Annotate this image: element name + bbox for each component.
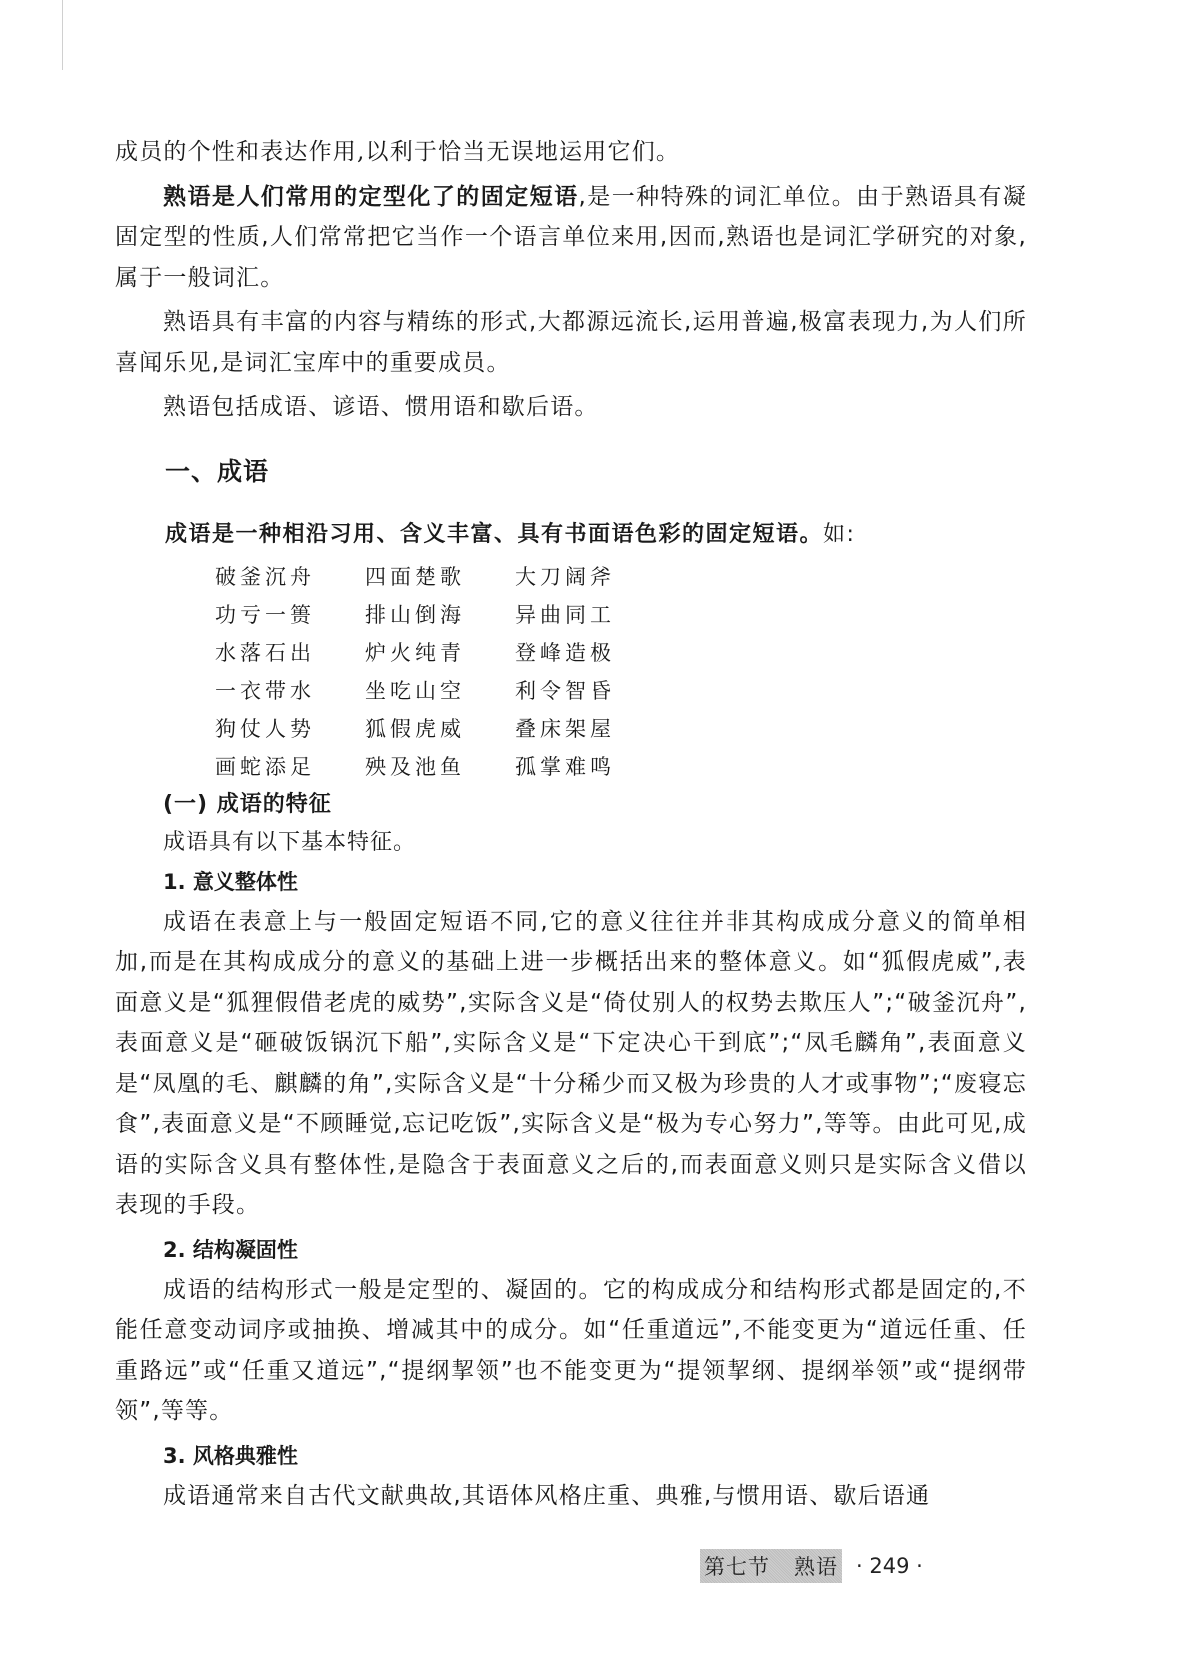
idiom: 异曲同工 — [515, 596, 665, 634]
idiom: 水落石出 — [215, 634, 365, 672]
idiom: 登峰造极 — [515, 634, 665, 672]
subsection-title: (一) 成语的特征 — [163, 786, 1027, 824]
page-footer: 第七节熟语 · 249 · — [700, 1551, 923, 1581]
feature-body-3: 成语通常来自古代文献典故,其语体风格庄重、典雅,与惯用语、歇后语通 — [115, 1476, 1027, 1517]
section-label: 第七节 — [704, 1555, 770, 1579]
idiom: 孤掌难鸣 — [515, 748, 665, 786]
chengyu-definition-rest: 如: — [823, 522, 855, 547]
chengyu-definition: 成语是一种相沿习用、含义丰富、具有书面语色彩的固定短语。如: — [165, 516, 1027, 554]
page-content: 成员的个性和表达作用,以利于恰当无误地运用它们。 熟语是人们常用的定型化了的固定… — [115, 132, 1027, 1516]
chengyu-definition-bold: 成语是一种相沿习用、含义丰富、具有书面语色彩的固定短语。 — [165, 522, 823, 547]
idiom: 叠床架屋 — [515, 710, 665, 748]
feature-heading-2: 2. 结构凝固性 — [163, 1230, 1027, 1270]
chapter-label: 第七节熟语 — [700, 1549, 842, 1583]
feature-body-1: 成语在表意上与一般固定短语不同,它的意义往往并非其构成成分意义的简单相加,而是在… — [115, 902, 1027, 1226]
idiom: 功亏一篑 — [215, 596, 365, 634]
feature-heading-1: 1. 意义整体性 — [163, 862, 1027, 902]
idiom: 殃及池鱼 — [365, 748, 515, 786]
page-number: · 249 · — [856, 1554, 923, 1578]
idiom: 画蛇添足 — [215, 748, 365, 786]
book-page: 成员的个性和表达作用,以利于恰当无误地运用它们。 熟语是人们常用的定型化了的固定… — [0, 0, 1200, 1669]
idiom: 坐吃山空 — [365, 672, 515, 710]
paragraph-definition: 熟语是人们常用的定型化了的固定短语,是一种特殊的词汇单位。由于熟语具有凝固定型的… — [115, 177, 1027, 299]
paragraph-continuation: 成员的个性和表达作用,以利于恰当无误地运用它们。 — [115, 132, 1027, 173]
idiom: 大刀阔斧 — [515, 558, 665, 596]
feature-body-2: 成语的结构形式一般是定型的、凝固的。它的构成成分和结构形式都是固定的,不能任意变… — [115, 1270, 1027, 1432]
idiom: 狗仗人势 — [215, 710, 365, 748]
idiom: 四面楚歌 — [365, 558, 515, 596]
section-title: 一、成语 — [165, 452, 1027, 488]
definition-bold: 熟语是人们常用的定型化了的固定短语 — [163, 184, 579, 210]
idiom-examples: 破釜沉舟 四面楚歌 大刀阔斧 功亏一篑 排山倒海 异曲同工 水落石出 炉火纯青 … — [215, 558, 1027, 786]
paragraph-features: 熟语具有丰富的内容与精练的形式,大都源远流长,运用普遍,极富表现力,为人们所喜闻… — [115, 302, 1027, 383]
subsection-intro: 成语具有以下基本特征。 — [163, 824, 1027, 862]
paragraph-types: 熟语包括成语、谚语、惯用语和歇后语。 — [115, 387, 1027, 428]
idiom: 排山倒海 — [365, 596, 515, 634]
feature-heading-3: 3. 风格典雅性 — [163, 1436, 1027, 1476]
topic-label: 熟语 — [794, 1555, 838, 1579]
idiom: 一衣带水 — [215, 672, 365, 710]
idiom: 利令智昏 — [515, 672, 665, 710]
margin-line — [62, 0, 63, 70]
idiom: 炉火纯青 — [365, 634, 515, 672]
idiom: 狐假虎威 — [365, 710, 515, 748]
idiom: 破釜沉舟 — [215, 558, 365, 596]
